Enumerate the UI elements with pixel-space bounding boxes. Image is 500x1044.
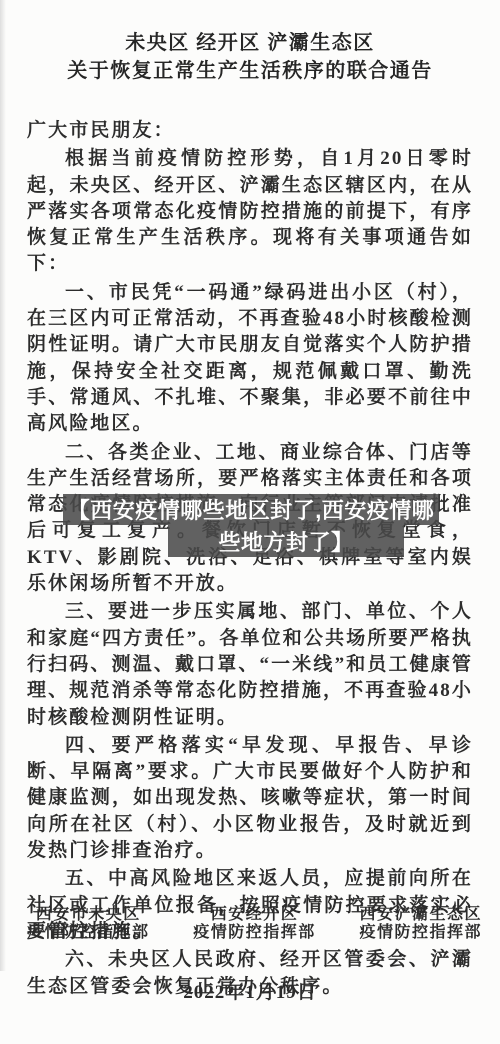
watermark-caption-line2: 些地方封了】 [168, 525, 404, 557]
signature-chanba: 西安浐灞生态区 疫情防控指挥部 [359, 906, 482, 941]
notice-paragraph-intro: 根据当前疫情防控形势，自1月20日零时起，未央区、经开区、浐灞生态区辖区内，在从… [27, 146, 473, 277]
signature-org-dept: 疫情防控指挥部 [193, 924, 316, 942]
signature-jingkai: 西安经开区 疫情防控指挥部 [193, 906, 316, 941]
signature-org-dept: 疫情防控指挥部 [27, 924, 150, 942]
signature-org-name: 西安经开区 [193, 906, 316, 924]
watermark-caption-line1: 【西安疫情哪些地区封了,西安疫情哪 [63, 494, 439, 525]
notice-body: 广大市民朋友： 根据当前疫情防控形势，自1月20日零时起，未央区、经开区、浐灞生… [27, 118, 473, 1000]
notice-document: 未央区 经开区 浐灞生态区 关于恢复正常生产生活秩序的联合通告 广大市民朋友： … [0, 0, 500, 1044]
notice-date: 2022年1月19日 [0, 977, 500, 1004]
notice-title-line1: 未央区 经开区 浐灞生态区 [0, 29, 500, 57]
signature-row: 西安市未央区 疫情防控指挥部 西安经开区 疫情防控指挥部 西安浐灞生态区 疫情防… [27, 906, 482, 941]
notice-title: 未央区 经开区 浐灞生态区 关于恢复正常生产生活秩序的联合通告 [0, 0, 500, 85]
signature-org-name: 西安浐灞生态区 [359, 906, 482, 924]
notice-paragraph-item3: 三、要进一步压实属地、部门、单位、个人和家庭“四方责任”。各单位和公共场所要严格… [27, 599, 473, 730]
signature-org-name: 西安市未央区 [27, 906, 150, 924]
notice-paragraph-item1: 一、市民凭“一码通”绿码进出小区（村），在三区内可正常活动，不再查验48小时核酸… [27, 280, 473, 438]
notice-title-line2: 关于恢复正常生产生活秩序的联合通告 [0, 57, 500, 85]
scan-edge-shadow [0, 0, 6, 971]
notice-paragraph-item4: 四、要严格落实“早发现、早报告、早诊断、早隔离”要求。广大市民要做好个人防护和健… [27, 733, 473, 864]
salutation: 广大市民朋友： [27, 118, 473, 144]
signature-org-dept: 疫情防控指挥部 [359, 924, 482, 942]
signature-weiyang: 西安市未央区 疫情防控指挥部 [27, 906, 150, 941]
